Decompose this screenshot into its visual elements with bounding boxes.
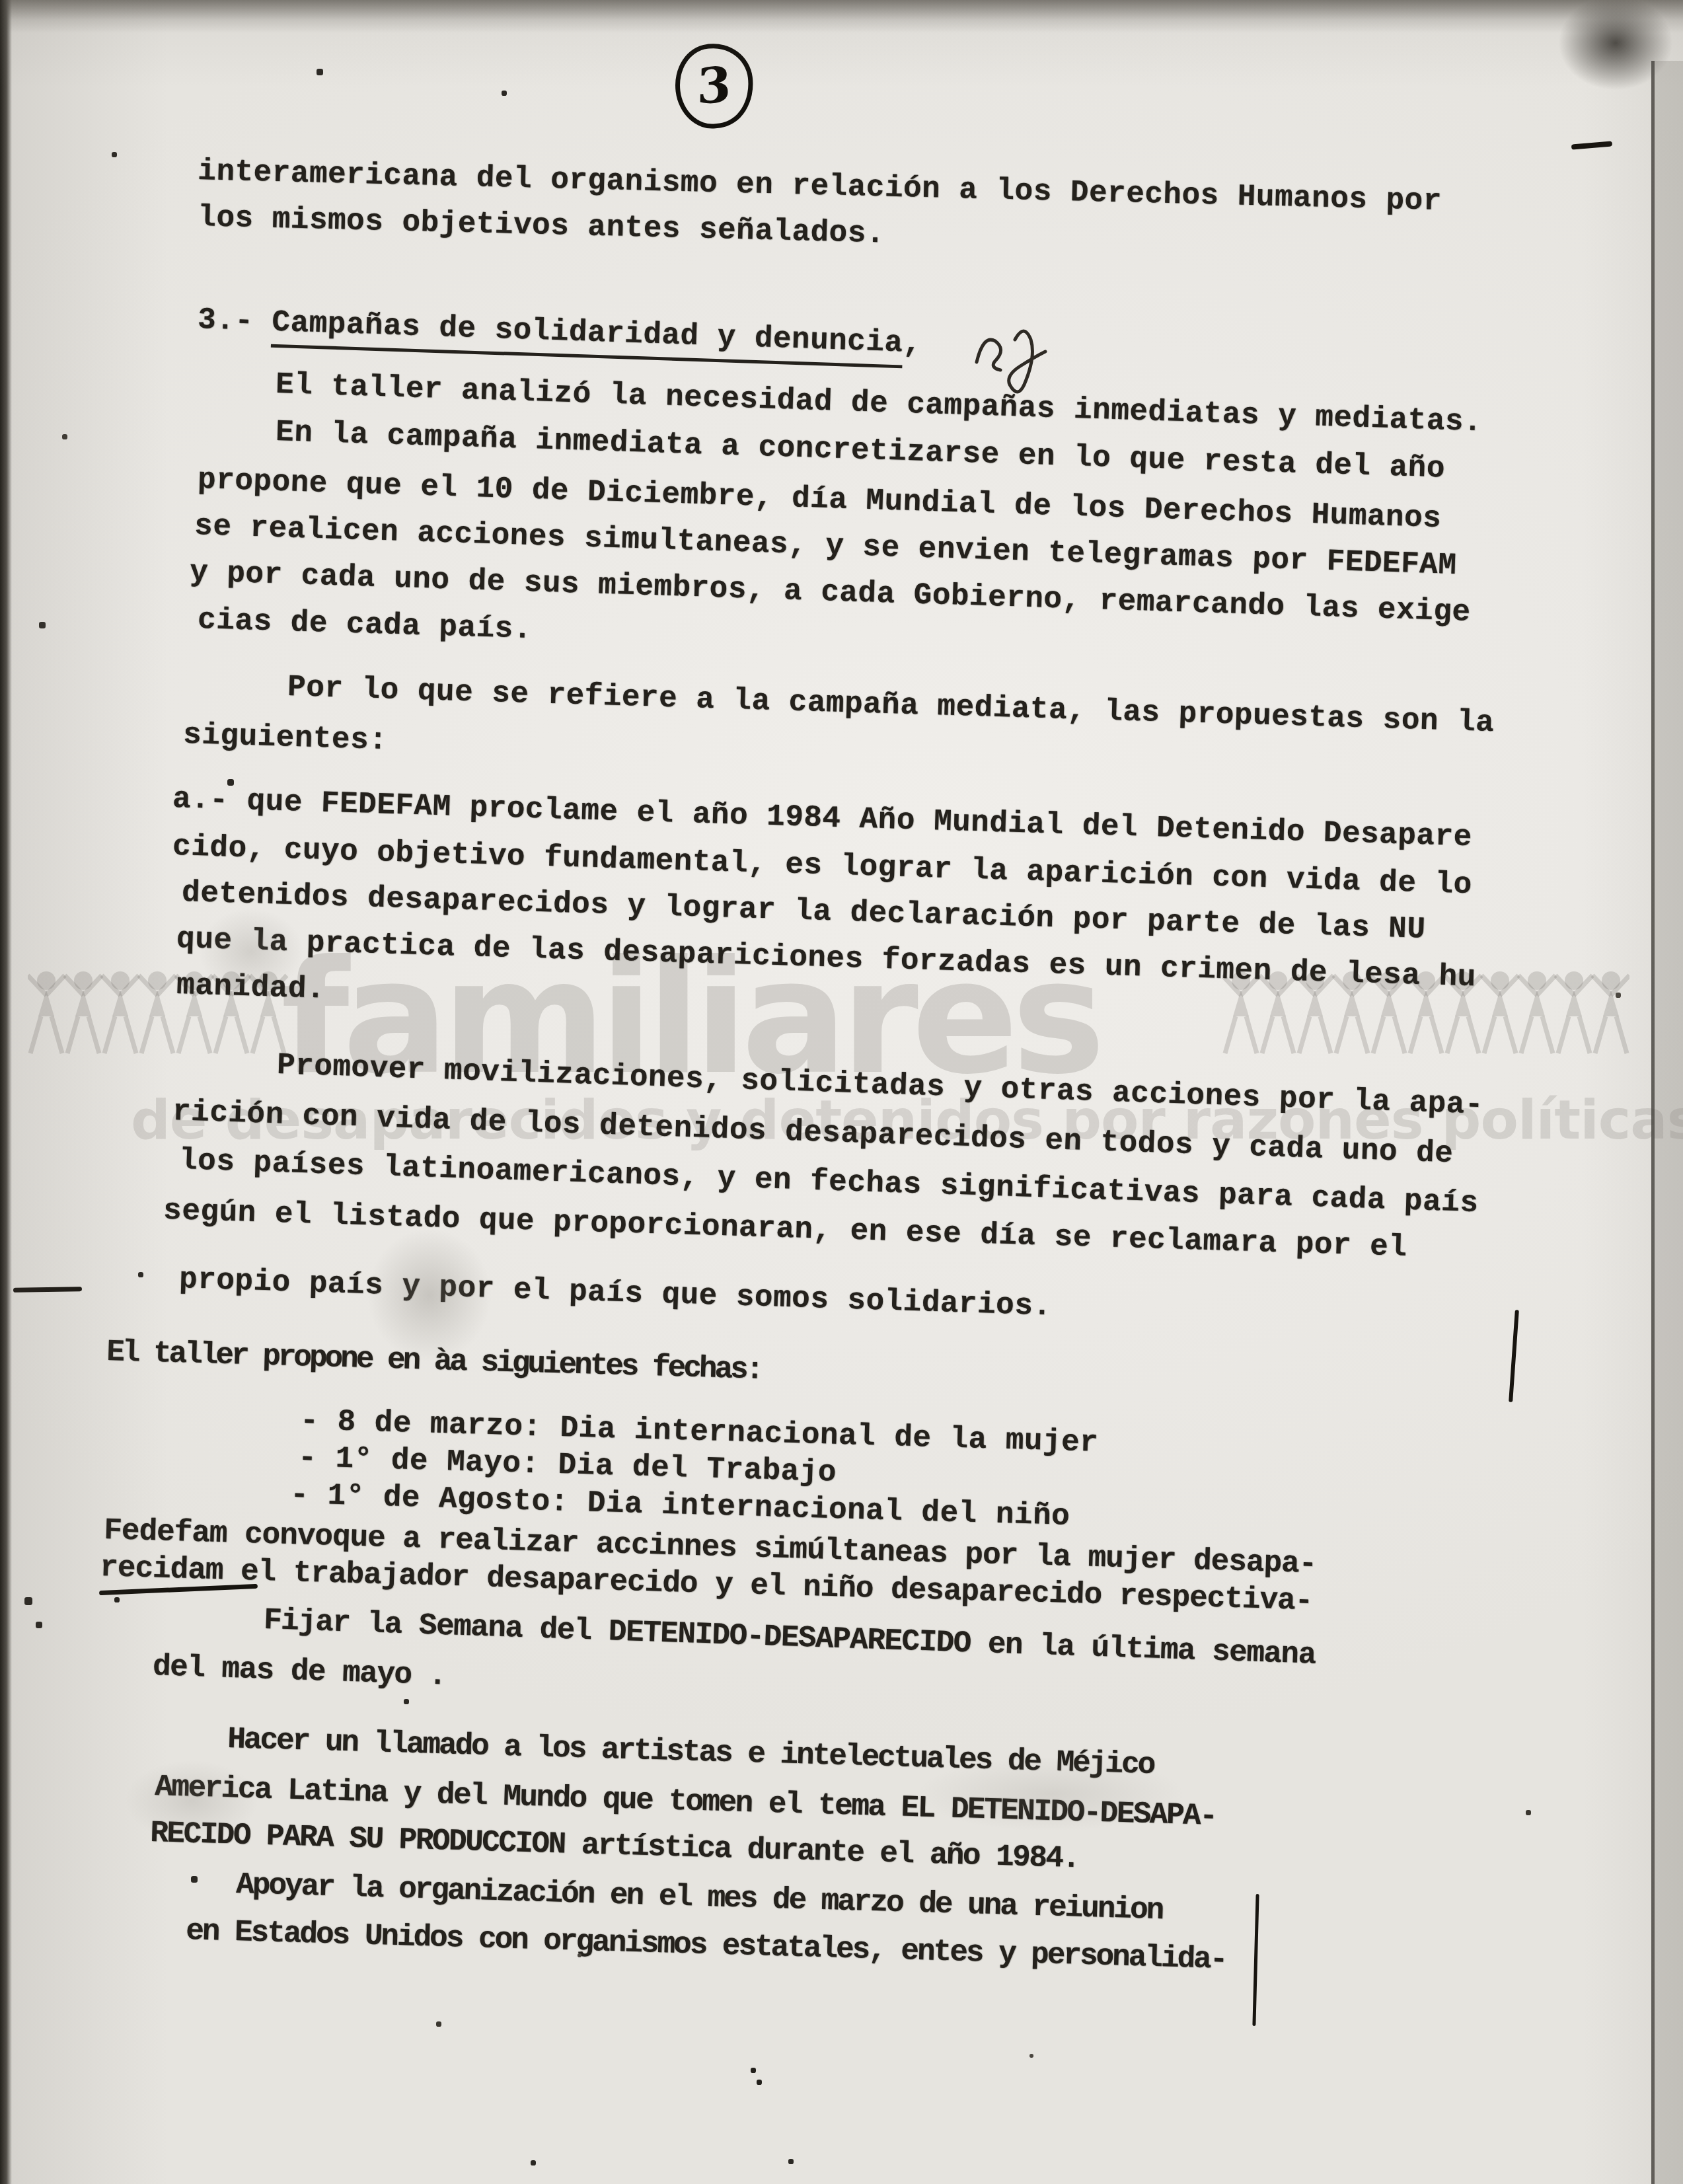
scan-edge-top [0, 0, 1683, 33]
document-line: Por lo que se refiere a la campaña media… [287, 670, 1495, 741]
document-line: los mismos objetivos antes señalados. [198, 200, 885, 252]
scan-edge-left [0, 0, 12, 2184]
pen-stroke-mark [1252, 1894, 1259, 2026]
document-line: propio país y por el país que somos soli… [178, 1262, 1052, 1324]
page-number: 3 [697, 57, 732, 116]
pen-stroke-mark [1509, 1310, 1519, 1402]
margin-underline-mark [13, 1287, 82, 1293]
document-line: cias de cada país. [197, 603, 532, 648]
section-title-suffix: , [903, 326, 922, 361]
page-number-circle: 3 [671, 39, 759, 132]
section-number: 3.- [197, 303, 272, 340]
scanned-document-page: familiares de desaparecidos y detenidos … [0, 0, 1683, 2184]
scan-edge-right [1655, 61, 1683, 2184]
document-line: del mas de mayo . [152, 1649, 446, 1694]
document-line: siguientes: [182, 718, 388, 759]
document-line: Hacer un llamado a los artistas e intele… [227, 1722, 1154, 1783]
section-heading: 3.- Campañas de solidaridad y denuncia, [197, 303, 922, 361]
section-title: Campañas de solidaridad y denuncia [271, 305, 903, 369]
pen-dash-mark [1571, 141, 1612, 149]
document-line: manidad. [176, 968, 325, 1008]
document-line: El taller propone en àa siguientes fecha… [106, 1335, 762, 1388]
